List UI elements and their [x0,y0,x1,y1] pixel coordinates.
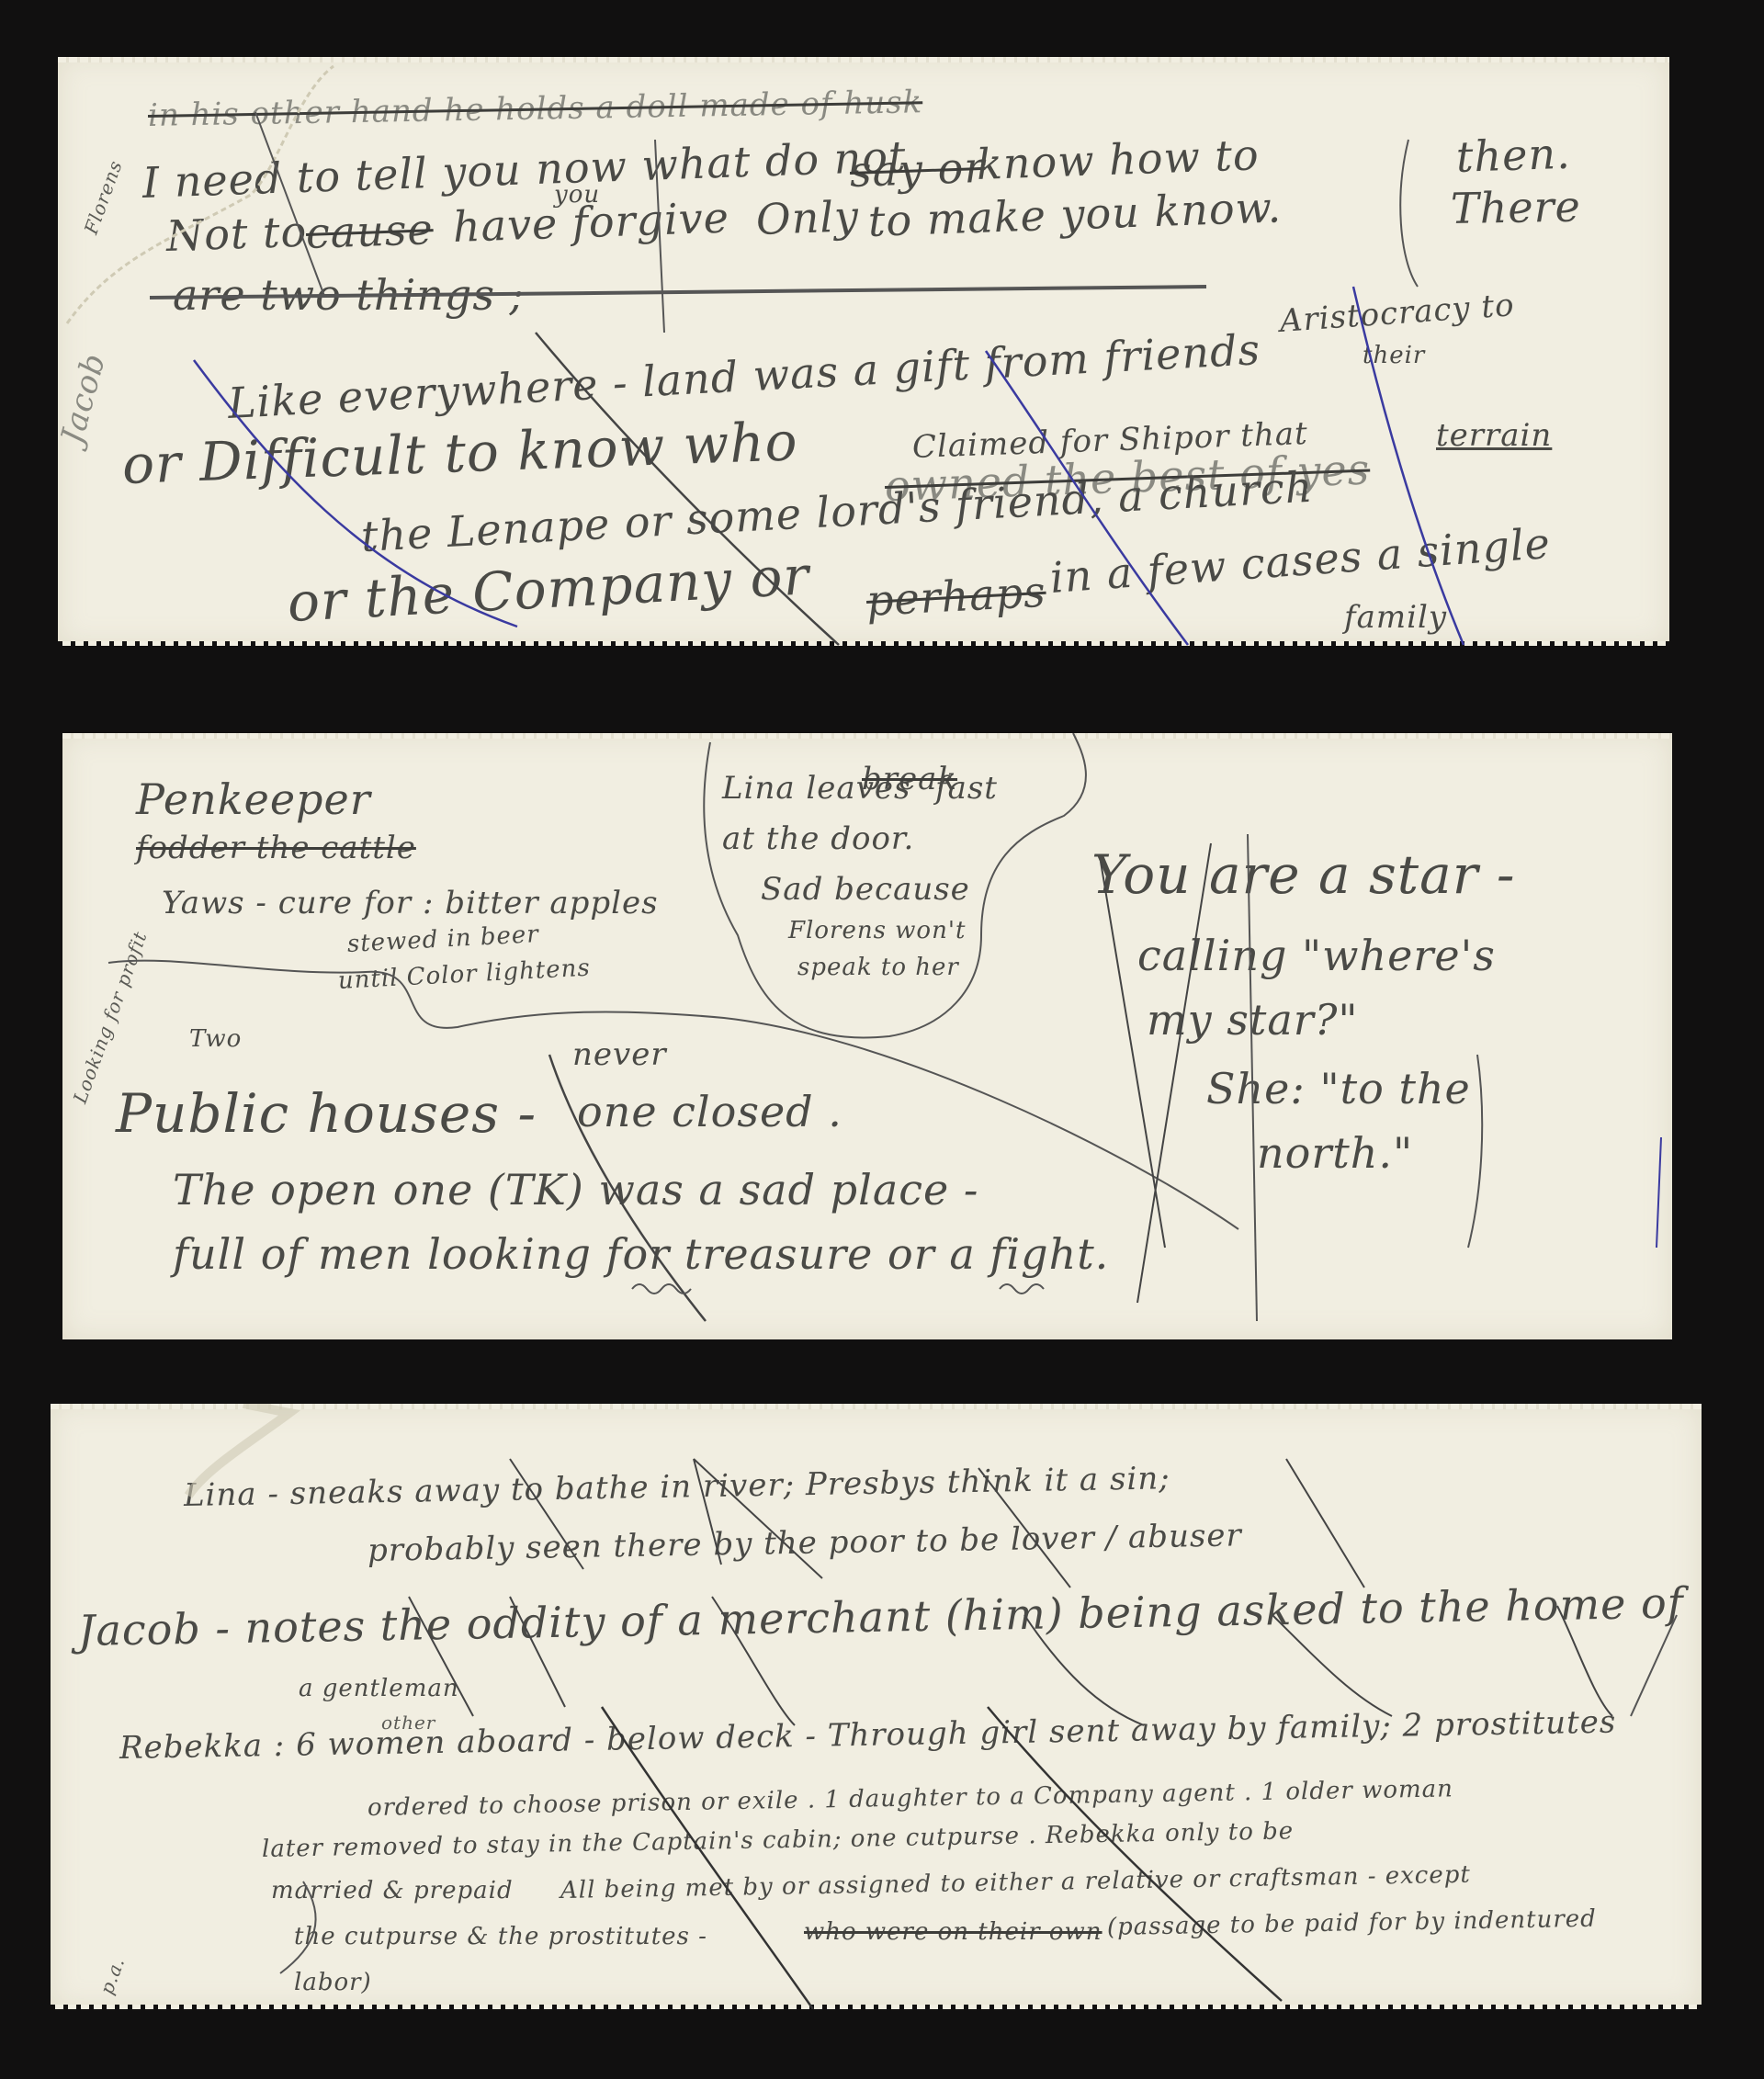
struck-line: in his other hand he holds a doll made o… [148,84,923,134]
text-line: (passage to be paid for by indentured [1107,1905,1597,1941]
text-line: full of men looking for treasure or a fi… [173,1229,1109,1279]
struck-word: say or [849,142,986,197]
text-line: north." [1257,1128,1413,1178]
text-line: Not to [165,207,308,261]
text-line: know how to [976,130,1260,189]
text-line: then. [1455,129,1571,182]
torn-edge [51,1404,1702,1409]
insertion: Two [189,1025,242,1053]
torn-edge [51,2005,1702,2009]
text-line: in a few cases a single [1048,518,1552,603]
text-line: at the door. [722,820,914,857]
text-line: are two things ; [173,270,525,320]
text-line: Only [755,191,860,244]
text-line: one closed . [577,1087,842,1136]
text-line: Sad because [761,871,970,908]
text-line: She: "to the [1206,1064,1471,1113]
text-line: the cutpurse & the prostitutes - [294,1923,707,1950]
insertion: Aristocracy to [1279,287,1516,340]
text-line: Penkeeper [136,774,371,824]
text-line: ordered to choose prison or exile . 1 da… [367,1775,1453,1822]
torn-edge [58,641,1669,646]
manuscript-sheet-3: Lina - sneaks away to bathe in river; Pr… [51,1404,1702,2009]
text-line: labor) [294,1969,372,1996]
margin-note: p.a. [96,1954,130,1997]
text-line: stewed in beer [346,921,539,958]
insertion: a gentleman [299,1675,459,1702]
margin-note: Jacob [54,349,114,447]
text-line: Lina - sneaks away to bathe in river; Pr… [184,1460,1170,1514]
text-line: The open one (TK) was a sad place - [173,1165,978,1215]
text-line: Florens won't [788,917,966,944]
insertion: their [1363,342,1425,369]
text-line: or Difficult to know who [121,410,799,496]
insertion: other [381,1712,435,1734]
text-line: Public houses - [116,1082,537,1145]
text-line: You are a star - [1091,843,1515,906]
text-line: fast [935,770,998,807]
text-line: Yaws - cure for : bitter apples [162,885,659,921]
insertion: never [572,1036,667,1073]
struck-line: fodder the cattle [136,830,416,866]
text-line: There [1451,182,1582,233]
torn-edge [58,57,1669,62]
manuscript-sheet-1: in his other hand he holds a doll made o… [58,57,1669,646]
text-line: Rebekka : 6 women aboard - below deck - … [119,1704,1617,1767]
text-line: calling "where's [1137,931,1496,980]
text-line: probably seen there by the poor to be lo… [367,1517,1242,1569]
text-line: later removed to stay in the Captain's c… [262,1817,1295,1863]
struck-word: cause [305,204,434,258]
margin-note: Looking for profit [69,928,152,1106]
manuscript-sheet-2: Penkeeper fodder the cattle Yaws - cure … [62,733,1672,1339]
text-line: my star?" [1147,995,1359,1045]
insertion: you [554,181,600,209]
text-line: speak to her [797,954,959,981]
text-line: All being met by or assigned to either a… [560,1861,1471,1904]
insertion: terrain [1436,417,1552,454]
text-line: Jacob - notes the oddity of a merchant (… [78,1577,1685,1655]
struck-word: perhaps [865,567,1047,626]
text-line: until Color lightens [337,955,591,995]
torn-edge [62,733,1672,739]
text-line: married & prepaid [271,1877,514,1904]
struck-line: who were on their own [804,1918,1102,1946]
text-line: family [1344,599,1447,636]
margin-note: Florens [80,157,127,237]
